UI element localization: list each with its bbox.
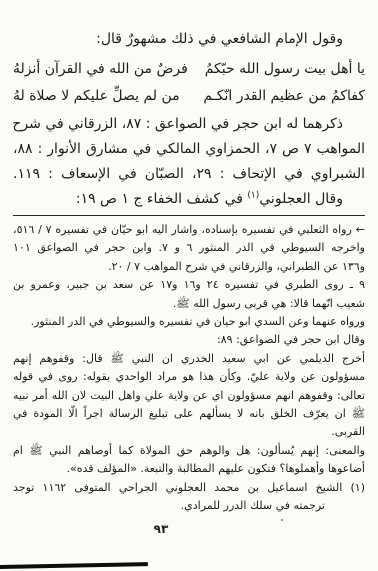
scan-artifact-speck (281, 519, 283, 521)
footnote-ref-marker: (١) (247, 190, 259, 200)
verse-row: يا أهل بيت رسول الله حبّكمُ فرضٌ من الله… (13, 56, 365, 83)
footnote-line: ورواه عنهما وعن السدي ابو حيان في تفسيره… (13, 313, 365, 331)
references-paragraph: ذكرهما له ابن حجر في الصواعق : ٨٧، الزرق… (13, 112, 365, 212)
paragraph-line: الشبراوي في الإتحاف : ٢٩، الصبّان في الإ… (13, 162, 365, 187)
footnote-line: و١٣٦ عن الطبراني، والزرقاني في شرح الموا… (13, 258, 365, 276)
footnote-line: أخرج الديلمي عن ابي سعيد الخدري ان النبي… (13, 350, 365, 368)
closing-line: وقال العجلوني(١) في كشف الخفاء ج ١ ص ١٩: (13, 187, 365, 212)
footnote-line: (١) الشيخ اسماعيل بن محمد العجلوني الجرا… (13, 479, 365, 497)
footnote-line: أضاعوها وأهملوها؟ فتكون عليهم المطالبة و… (13, 460, 365, 478)
footnote-line: ترجمته في سلك الدرر للمرادي. (13, 497, 365, 515)
footnote-line: وقال ابن حجر في الصواعق: ٨٩: (13, 331, 365, 349)
closing-text-post: في كشف الخفاء ج ١ ص ١٩: (76, 191, 248, 207)
continuation-arrow-icon: ← (356, 221, 365, 239)
intro-line: وقول الإمام الشافعي في ذلك مشهورٌ قال: (13, 27, 365, 52)
hemistich-left: من لم يصلِّ عليكم لا صلاة لهُ (13, 83, 180, 110)
footnote-line: شعيب انّهما قالا: هي قربى رسول الله ﷺ. (13, 295, 365, 313)
footnotes-block: ←رواه الثعلبي في تفسيره بإسناده، واشار ا… (13, 215, 365, 516)
footnote-text: رواه الثعلبي في تفسيره بإسناده، واشار ال… (13, 223, 352, 236)
paragraph-line: ذكرهما له ابن حجر في الصواعق : ٨٧، الزرق… (13, 112, 365, 137)
closing-text-pre: وقال العجلوني (259, 191, 343, 207)
footnote-line: واخرجه السيوطي في الدر المنثور ٦ و ٧. وا… (13, 239, 365, 257)
hemistich-right: يا أهل بيت رسول الله حبّكمُ (205, 56, 365, 83)
footnote-line: ﷺ ان يعرّف الخلق بانه لا يسألهم على تبلي… (13, 405, 365, 423)
footnote-line: تعالى: وقفوهم انهم مسؤولون اي عن ولاية ع… (13, 387, 365, 405)
footnote-line: والمعنى: إنهم يُسألون: هل والوهم حق المو… (13, 442, 365, 460)
hemistich-right: كفاكمُ من عظيم القدر انّكـم (203, 83, 365, 110)
scan-artifact-line (0, 562, 148, 569)
verse-block: يا أهل بيت رسول الله حبّكمُ فرضٌ من الله… (13, 56, 365, 110)
verse-row: كفاكمُ من عظيم القدر انّكـم من لم يصلِّ … (13, 83, 365, 110)
footnote-line: ٩ ـ روى الطبري في تفسيره ٢٤ و١٦ و١٧ عن س… (13, 276, 365, 294)
footnote-line: القربى. (13, 423, 365, 441)
footnote-line: مسؤولون عن ولاية عليّ. وكأن هذا هو مراد … (13, 368, 365, 386)
page-number: ٩٣ (0, 522, 337, 536)
book-page: وقول الإمام الشافعي في ذلك مشهورٌ قال: ي… (0, 0, 378, 571)
footnote-line: ←رواه الثعلبي في تفسيره بإسناده، واشار ا… (13, 221, 365, 239)
hemistich-left: فرضٌ من الله في القرآن أنزلهُ (13, 56, 188, 83)
paragraph-line: المواهب ٧ ص ٧، الحمزاوي المالكي في مشارق… (13, 137, 365, 162)
